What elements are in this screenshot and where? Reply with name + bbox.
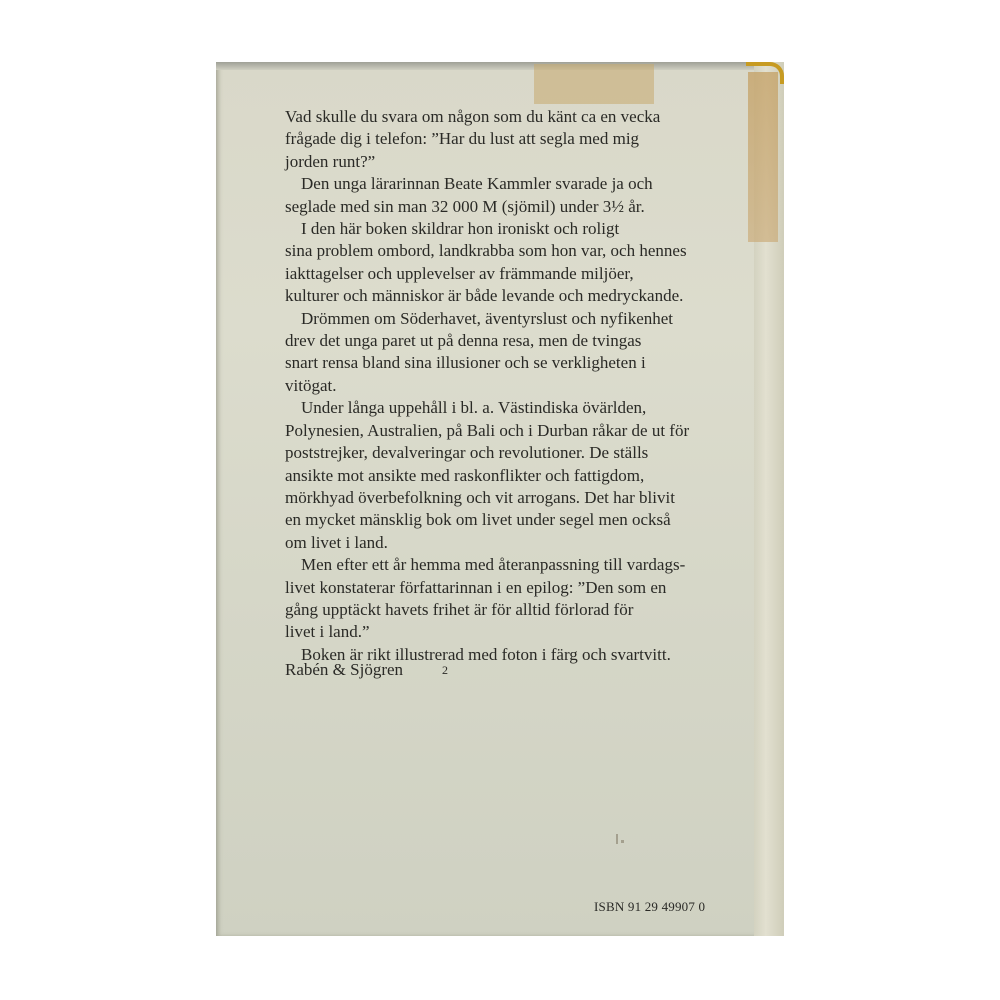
blurb-line: poststrejker, devalveringar och revoluti… [285, 442, 745, 464]
blurb-line: Drömmen om Söderhavet, äventyrslust och … [285, 308, 745, 330]
blurb-line: Under långa uppehåll i bl. a. Västindisk… [285, 397, 745, 419]
blurb-line: Polynesien, Australien, på Bali och i Du… [285, 420, 745, 442]
blurb-line: sina problem ombord, landkrabba som hon … [285, 240, 745, 262]
blurb-line: iakttagelser och upplevelser av främmand… [285, 263, 745, 285]
blurb-paragraph: Vad skulle du svara om någon som du känt… [285, 106, 745, 173]
blurb-line: livet i land.” [285, 621, 745, 643]
blurb-paragraph: Under långa uppehåll i bl. a. Västindisk… [285, 397, 745, 554]
blurb-line: snart rensa bland sina illusioner och se… [285, 352, 745, 374]
blurb-paragraph: Den unga lärarinnan Beate Kammler svarad… [285, 173, 745, 218]
scuff-mark [616, 834, 618, 844]
scuff-mark [621, 840, 624, 843]
tape-residue-top [534, 64, 654, 104]
blurb-line: jorden runt?” [285, 151, 745, 173]
publisher-number: 2 [442, 663, 448, 678]
blurb-text: Vad skulle du svara om någon som du känt… [285, 106, 745, 666]
blurb-line: I den här boken skildrar hon ironiskt oc… [285, 218, 745, 240]
blurb-paragraph: I den här boken skildrar hon ironiskt oc… [285, 218, 745, 308]
blurb-line: frågade dig i telefon: ”Har du lust att … [285, 128, 745, 150]
blurb-line: gång upptäckt havets frihet är för allti… [285, 599, 745, 621]
blurb-line: Vad skulle du svara om någon som du känt… [285, 106, 745, 128]
blurb-line: Men efter ett år hemma med återanpassnin… [285, 554, 745, 576]
blurb-line: om livet i land. [285, 532, 745, 554]
blurb-line: mörkhyad överbefolkning och vit arrogans… [285, 487, 745, 509]
blurb-line: seglade med sin man 32 000 M (sjömil) un… [285, 196, 745, 218]
isbn-number: ISBN 91 29 49907 0 [594, 899, 705, 915]
blurb-paragraph: Drömmen om Söderhavet, äventyrslust och … [285, 308, 745, 398]
blurb-line: livet konstaterar författarinnan i en ep… [285, 577, 745, 599]
book-back-cover: Vad skulle du svara om någon som du känt… [216, 62, 784, 936]
gold-page-edge [746, 62, 784, 84]
blurb-line: vitögat. [285, 375, 745, 397]
publisher-name: Rabén & Sjögren [285, 660, 403, 680]
blurb-line: kulturer och människor är både levande o… [285, 285, 745, 307]
blurb-paragraph: Men efter ett år hemma med återanpassnin… [285, 554, 745, 644]
blurb-line: en mycket mänsklig bok om livet under se… [285, 509, 745, 531]
blurb-line: ansikte mot ansikte med raskonflikter oc… [285, 465, 745, 487]
blurb-line: Den unga lärarinnan Beate Kammler svarad… [285, 173, 745, 195]
blurb-line: drev det unga paret ut på denna resa, me… [285, 330, 745, 352]
tape-residue-right [748, 72, 778, 242]
